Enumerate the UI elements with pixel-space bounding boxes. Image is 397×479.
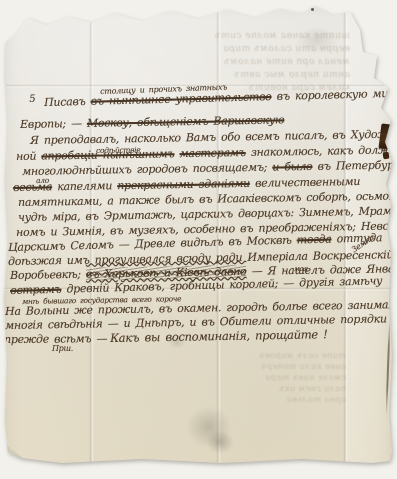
ink-text: ной	[16, 150, 41, 163]
ink-text: въ королевскую милость, въ	[271, 86, 397, 104]
handwritten-line: 5	[29, 94, 36, 105]
ink-text: многолюднѣйшихъ городовъ посвящаемъ;	[22, 161, 272, 178]
struck-ink-text: апробаціи нынѣшнимъ	[41, 147, 174, 162]
ink-text: Какъ вы воспоминанія, прощайте !	[110, 327, 328, 345]
handwritten-line: Европы; — Москву, обѣщеніемъ Варшавскую	[20, 113, 284, 131]
struck-ink-text: Москву,	[87, 116, 137, 130]
ink-text: знакомлюсь, какъ должаютъ	[246, 143, 397, 159]
handwritten-line: Прш.	[52, 344, 73, 353]
ink-text: Европы; —	[20, 117, 87, 131]
ink-text: капелями	[52, 179, 117, 193]
struck-ink-text: острамъ	[10, 283, 61, 297]
manuscript-paper: шипте канва молпе ситъверрн ати саломъ т…	[0, 0, 397, 479]
ink-layer: 5столицу и прочихъ знатныхъПисавъ въ нын…	[0, 0, 397, 479]
struck-ink-text: прекрасными зданіями	[117, 177, 250, 192]
ink-text: въ Петербургѣ,	[312, 158, 397, 173]
ink-text: 5	[29, 94, 36, 105]
paper-shadow-wrap: шипте канва молпе ситъверрн ати саломъ т…	[0, 0, 397, 479]
struck-ink-text: обѣщеніемъ	[137, 115, 214, 129]
manuscript-scan: шипте канва молпе ситъверрн ати саломъ т…	[0, 0, 397, 479]
ink-text: Писавъ	[44, 95, 91, 109]
ink-text: Воробьевкѣ;	[10, 268, 86, 282]
ink-text: Прш.	[52, 344, 73, 353]
struck-ink-text: весьма	[13, 180, 52, 194]
struck-ink-text: и было	[272, 160, 312, 174]
struck-ink-text: мастерамъ	[179, 146, 245, 160]
struck-ink-text: Варшавскую	[213, 113, 284, 127]
ink-text: величественными	[250, 175, 360, 190]
handwritten-line: Какъ вы воспоминанія, прощайте !	[110, 327, 328, 345]
struck-ink-text: тогда	[297, 233, 332, 247]
